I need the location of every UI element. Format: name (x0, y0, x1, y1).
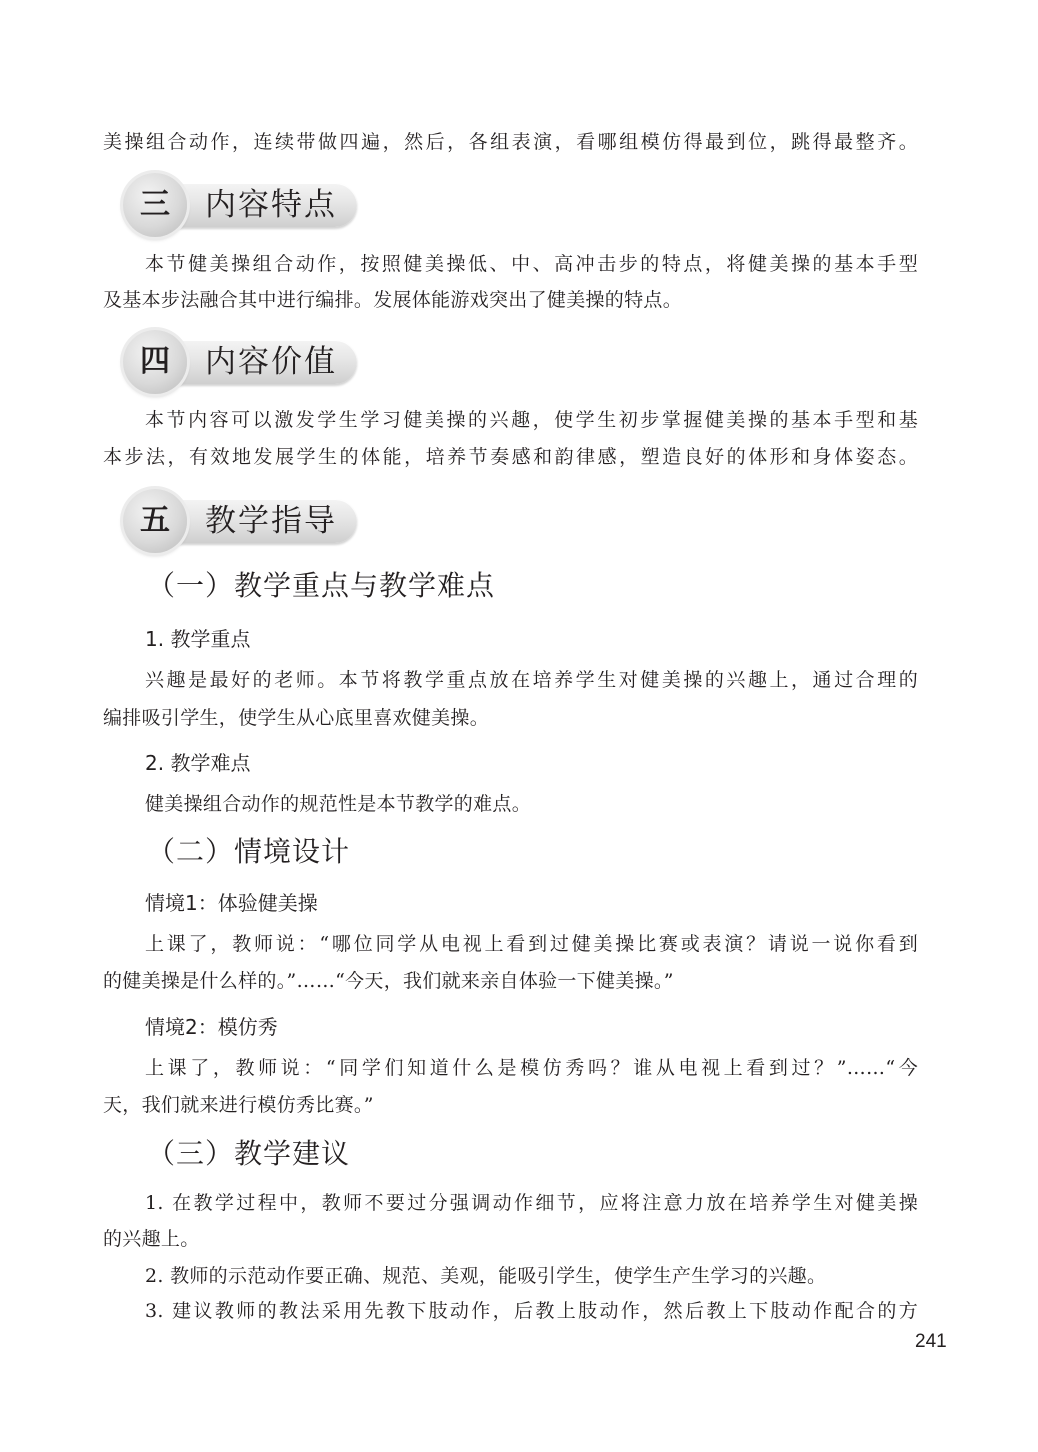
suggestion-line: 1. 在教学过程中，教师不要过分强调动作细节，应将注意力放在培养学生对健美操 (145, 1189, 918, 1217)
paragraph-line: 兴趣是最好的老师。本节将教学重点放在培养学生对健美操的兴趣上，通过合理的 (145, 666, 918, 694)
item-heading: 情境2：模仿秀 (145, 1013, 278, 1041)
paragraph-line: 健美操组合动作的规范性是本节教学的难点。 (145, 790, 965, 818)
subsection-title: （一）教学重点与教学难点 (147, 568, 495, 604)
paragraph-line: 及基本步法融合其中进行编排。发展体能游戏突出了健美操的特点。 (103, 286, 923, 314)
page-number: 241 (915, 1330, 947, 1354)
paragraph-line: 本节内容可以激发学生学习健美操的兴趣，使学生初步掌握健美操的基本手型和基 (145, 406, 918, 434)
section-badge-4: 四 内容价值 (123, 330, 359, 392)
paragraph-line: 本节健美操组合动作，按照健美操低、中、高冲击步的特点，将健美操的基本手型 (145, 250, 918, 278)
item-heading: 2. 教学难点 (145, 749, 250, 777)
paragraph-line: 天，我们就来进行模仿秀比赛。” (103, 1091, 923, 1119)
subsection-title: （三）教学建议 (147, 1136, 350, 1172)
section-title: 内容特点 (205, 173, 337, 237)
suggestion-line: 2. 教师的示范动作要正确、规范、美观，能吸引学生，使学生产生学习的兴趣。 (145, 1262, 965, 1290)
intro-paragraph-line: 美操组合动作，连续带做四遍，然后，各组表演，看哪组模仿得最到位，跳得最整齐。 (103, 128, 918, 156)
textbook-page: 美操组合动作，连续带做四遍，然后，各组表演，看哪组模仿得最到位，跳得最整齐。 三… (0, 0, 1038, 1452)
paragraph-line: 编排吸引学生，使学生从心底里喜欢健美操。 (103, 704, 923, 732)
section-title: 内容价值 (205, 330, 337, 394)
item-heading: 情境1：体验健美操 (145, 889, 318, 917)
paragraph-line: 本步法，有效地发展学生的体能，培养节奏感和韵律感，塑造良好的体形和身体姿态。 (103, 443, 918, 471)
suggestion-line: 的兴趣上。 (103, 1225, 923, 1253)
item-heading: 1. 教学重点 (145, 625, 250, 653)
section-badge-3: 三 内容特点 (123, 173, 359, 235)
subsection-title: （二）情境设计 (147, 834, 350, 870)
section-badge-5: 五 教学指导 (123, 489, 359, 551)
paragraph-line: 上课了，教师说：“哪位同学从电视上看到过健美操比赛或表演？请说一说你看到 (145, 930, 918, 958)
section-numeral: 四 (123, 330, 187, 394)
section-numeral: 三 (123, 173, 187, 237)
suggestion-line: 3. 建议教师的教法采用先教下肢动作，后教上肢动作，然后教上下肢动作配合的方 (145, 1297, 918, 1325)
section-numeral: 五 (123, 489, 187, 553)
section-title: 教学指导 (205, 489, 337, 553)
paragraph-line: 上课了，教师说：“同学们知道什么是模仿秀吗？谁从电视上看到过？”……“今 (145, 1054, 918, 1082)
paragraph-line: 的健美操是什么样的。”……“今天，我们就来亲自体验一下健美操。” (103, 967, 923, 995)
